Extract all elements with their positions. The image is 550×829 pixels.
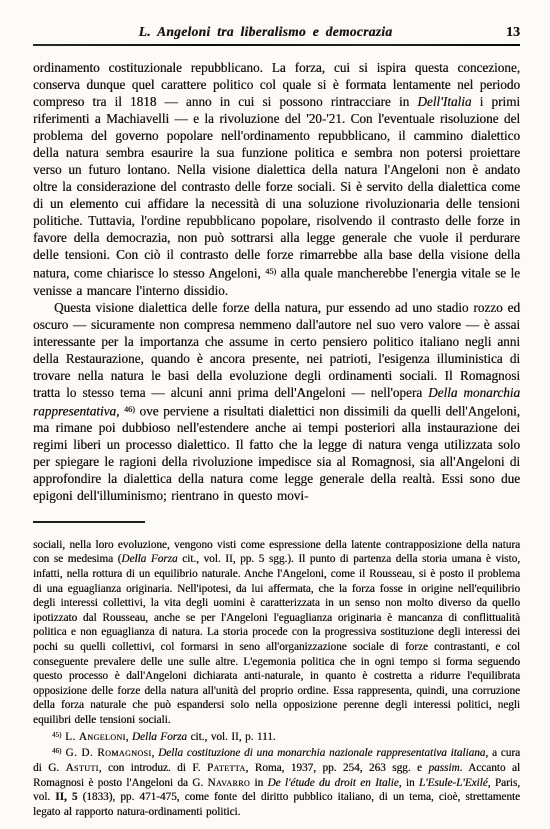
running-head: L. Angeloni tra liberalismo e democrazia… (33, 24, 520, 41)
header-rule (33, 44, 520, 46)
footnotes-block: sociali, nella loro evoluzione, vengono … (33, 538, 520, 820)
footnote-46: 46) G. D. Romagnosi, Della costituzione … (33, 744, 520, 819)
running-head-title: L. Angeloni tra liberalismo e democrazia (33, 24, 498, 40)
footnote-separator (33, 521, 145, 523)
book-page: L. Angeloni tra liberalismo e democrazia… (0, 0, 550, 829)
footnote-continuation: sociali, nella loro evoluzione, vengono … (33, 538, 520, 728)
page-number: 13 (506, 25, 520, 41)
body-paragraph: Questa visione dialettica delle forze de… (33, 299, 520, 505)
footnote-45: 45) L. Angeloni, Della Forza cit., vol. … (33, 728, 520, 745)
body-paragraph: ordinamento costituzionale repubblicano.… (33, 59, 520, 299)
page-body: ordinamento costituzionale repubblicano.… (33, 59, 520, 504)
